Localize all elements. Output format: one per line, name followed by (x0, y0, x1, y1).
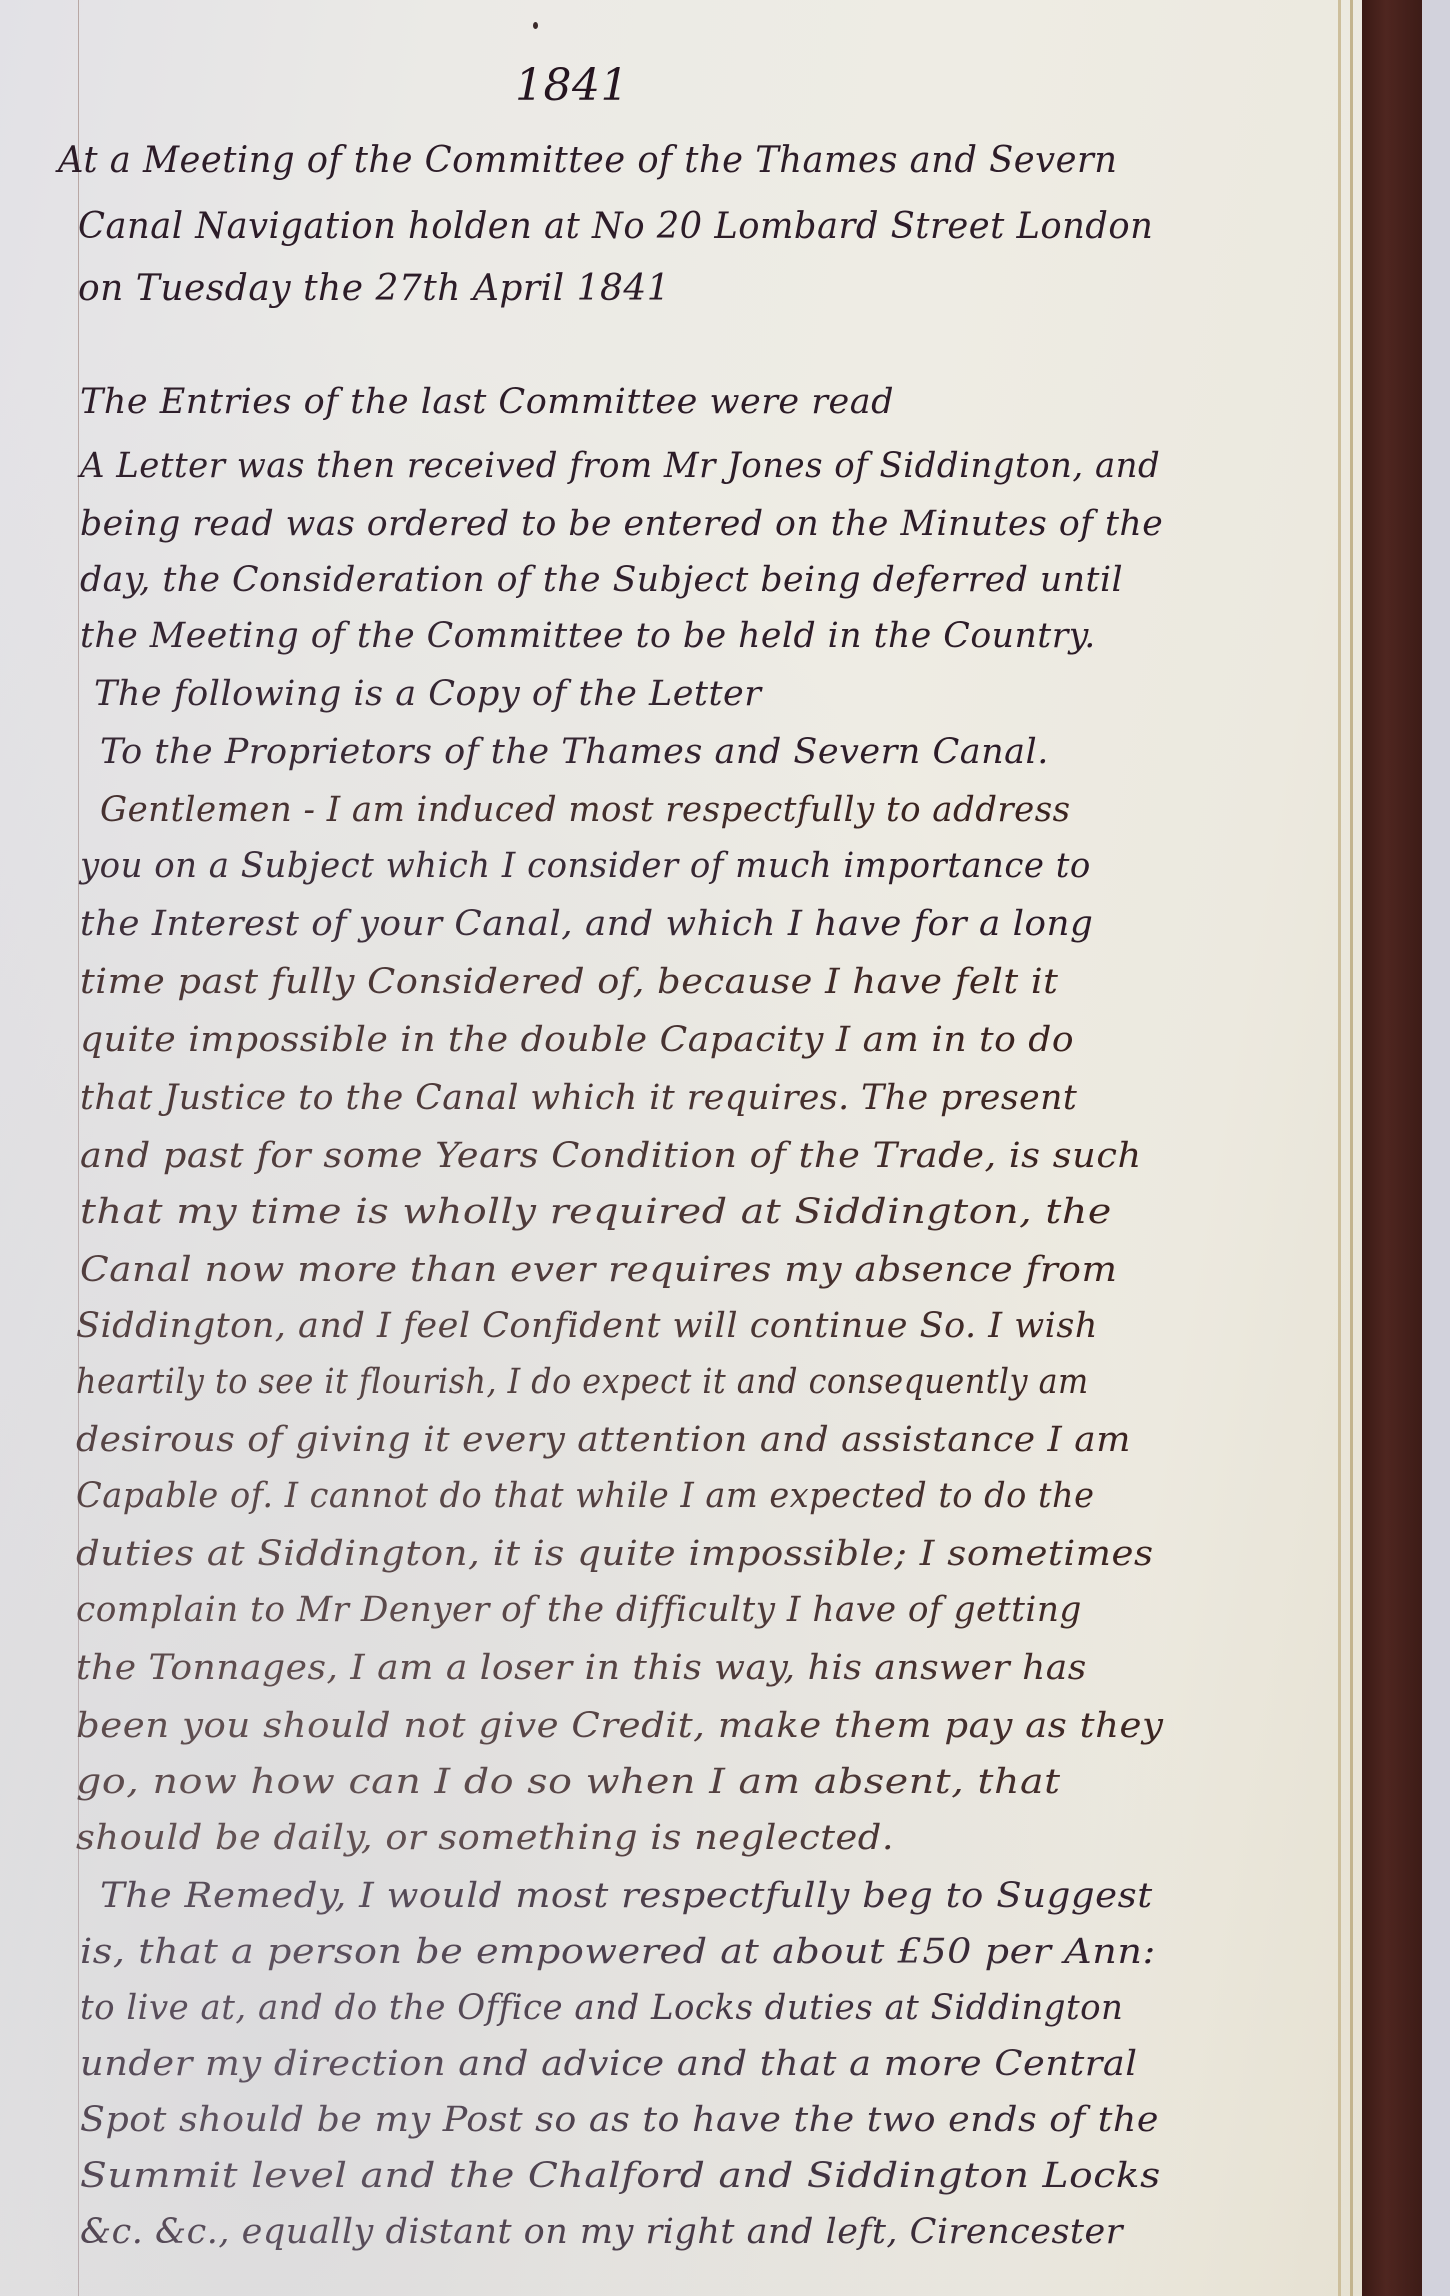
letter-address-line: To the Proprietors of the Thames and Sev… (100, 732, 1049, 772)
letter-line: Summit level and the Chalford and Siddin… (80, 2156, 1161, 2196)
letter-line: desirous of giving it every attention an… (76, 1420, 1131, 1460)
letter-line: heartily to see it flourish, I do expect… (76, 1362, 1089, 1402)
margin-rule (78, 0, 79, 2296)
letter-line: Siddington, and I feel Confident will co… (76, 1306, 1098, 1346)
letter-line: duties at Siddington, it is quite imposs… (76, 1534, 1154, 1574)
letter-line: Gentlemen - I am induced most respectful… (100, 790, 1071, 830)
letter-line: under my direction and advice and that a… (80, 2044, 1138, 2084)
minute-line: A Letter was then received from Mr Jones… (80, 446, 1160, 486)
minute-line: day, the Consideration of the Subject be… (80, 560, 1123, 600)
letter-line: Spot should be my Post so as to have the… (80, 2100, 1159, 2140)
letter-line: to live at, and do the Office and Locks … (80, 1988, 1123, 2028)
letter-line: been you should not give Credit, make th… (76, 1706, 1164, 1746)
letter-line: that my time is wholly required at Siddi… (80, 1192, 1112, 1232)
meeting-heading-line: At a Meeting of the Committee of the Tha… (58, 140, 1118, 181)
minute-line: The Entries of the last Committee were r… (80, 382, 894, 422)
minute-line: being read was ordered to be entered on … (80, 504, 1163, 544)
letter-line: &c. &c., equally distant on my right and… (80, 2212, 1123, 2252)
letter-line: should be daily, or something is neglect… (76, 1818, 894, 1858)
letter-line: the Tonnages, I am a loser in this way, … (76, 1648, 1087, 1688)
book-binding (1362, 0, 1422, 2296)
letter-line: is, that a person be empowered at about … (80, 1932, 1156, 1972)
letter-line: Canal now more than ever requires my abs… (80, 1250, 1118, 1290)
letter-line: go, now how can I do so when I am absent… (76, 1762, 1061, 1802)
meeting-heading-line: on Tuesday the 27th April 1841 (78, 268, 670, 309)
letter-line: complain to Mr Denyer of the difficulty … (76, 1590, 1082, 1630)
letter-line: quite impossible in the double Capacity … (80, 1020, 1074, 1060)
letter-line: the Interest of your Canal, and which I … (80, 904, 1093, 944)
letter-line: Capable of. I cannot do that while I am … (76, 1476, 1095, 1516)
manuscript-page: 1841 At a Meeting of the Committee of th… (0, 0, 1362, 2296)
letter-line: you on a Subject which I consider of muc… (80, 846, 1091, 886)
minute-line: The following is a Copy of the Letter (94, 674, 762, 714)
ink-dot (533, 22, 538, 29)
letter-line: and past for some Years Condition of the… (80, 1136, 1142, 1176)
minute-line: the Meeting of the Committee to be held … (80, 616, 1096, 656)
meeting-heading-line: Canal Navigation holden at No 20 Lombard… (78, 206, 1153, 247)
page-edge (1350, 0, 1353, 2296)
letter-line: that Justice to the Canal which it requi… (80, 1078, 1077, 1118)
page-edge (1338, 0, 1341, 2296)
letter-line: time past fully Considered of, because I… (80, 962, 1058, 1002)
letter-line: The Remedy, I would most respectfully be… (100, 1876, 1153, 1916)
year-heading: 1841 (515, 60, 629, 111)
background-surface (1422, 0, 1450, 2296)
